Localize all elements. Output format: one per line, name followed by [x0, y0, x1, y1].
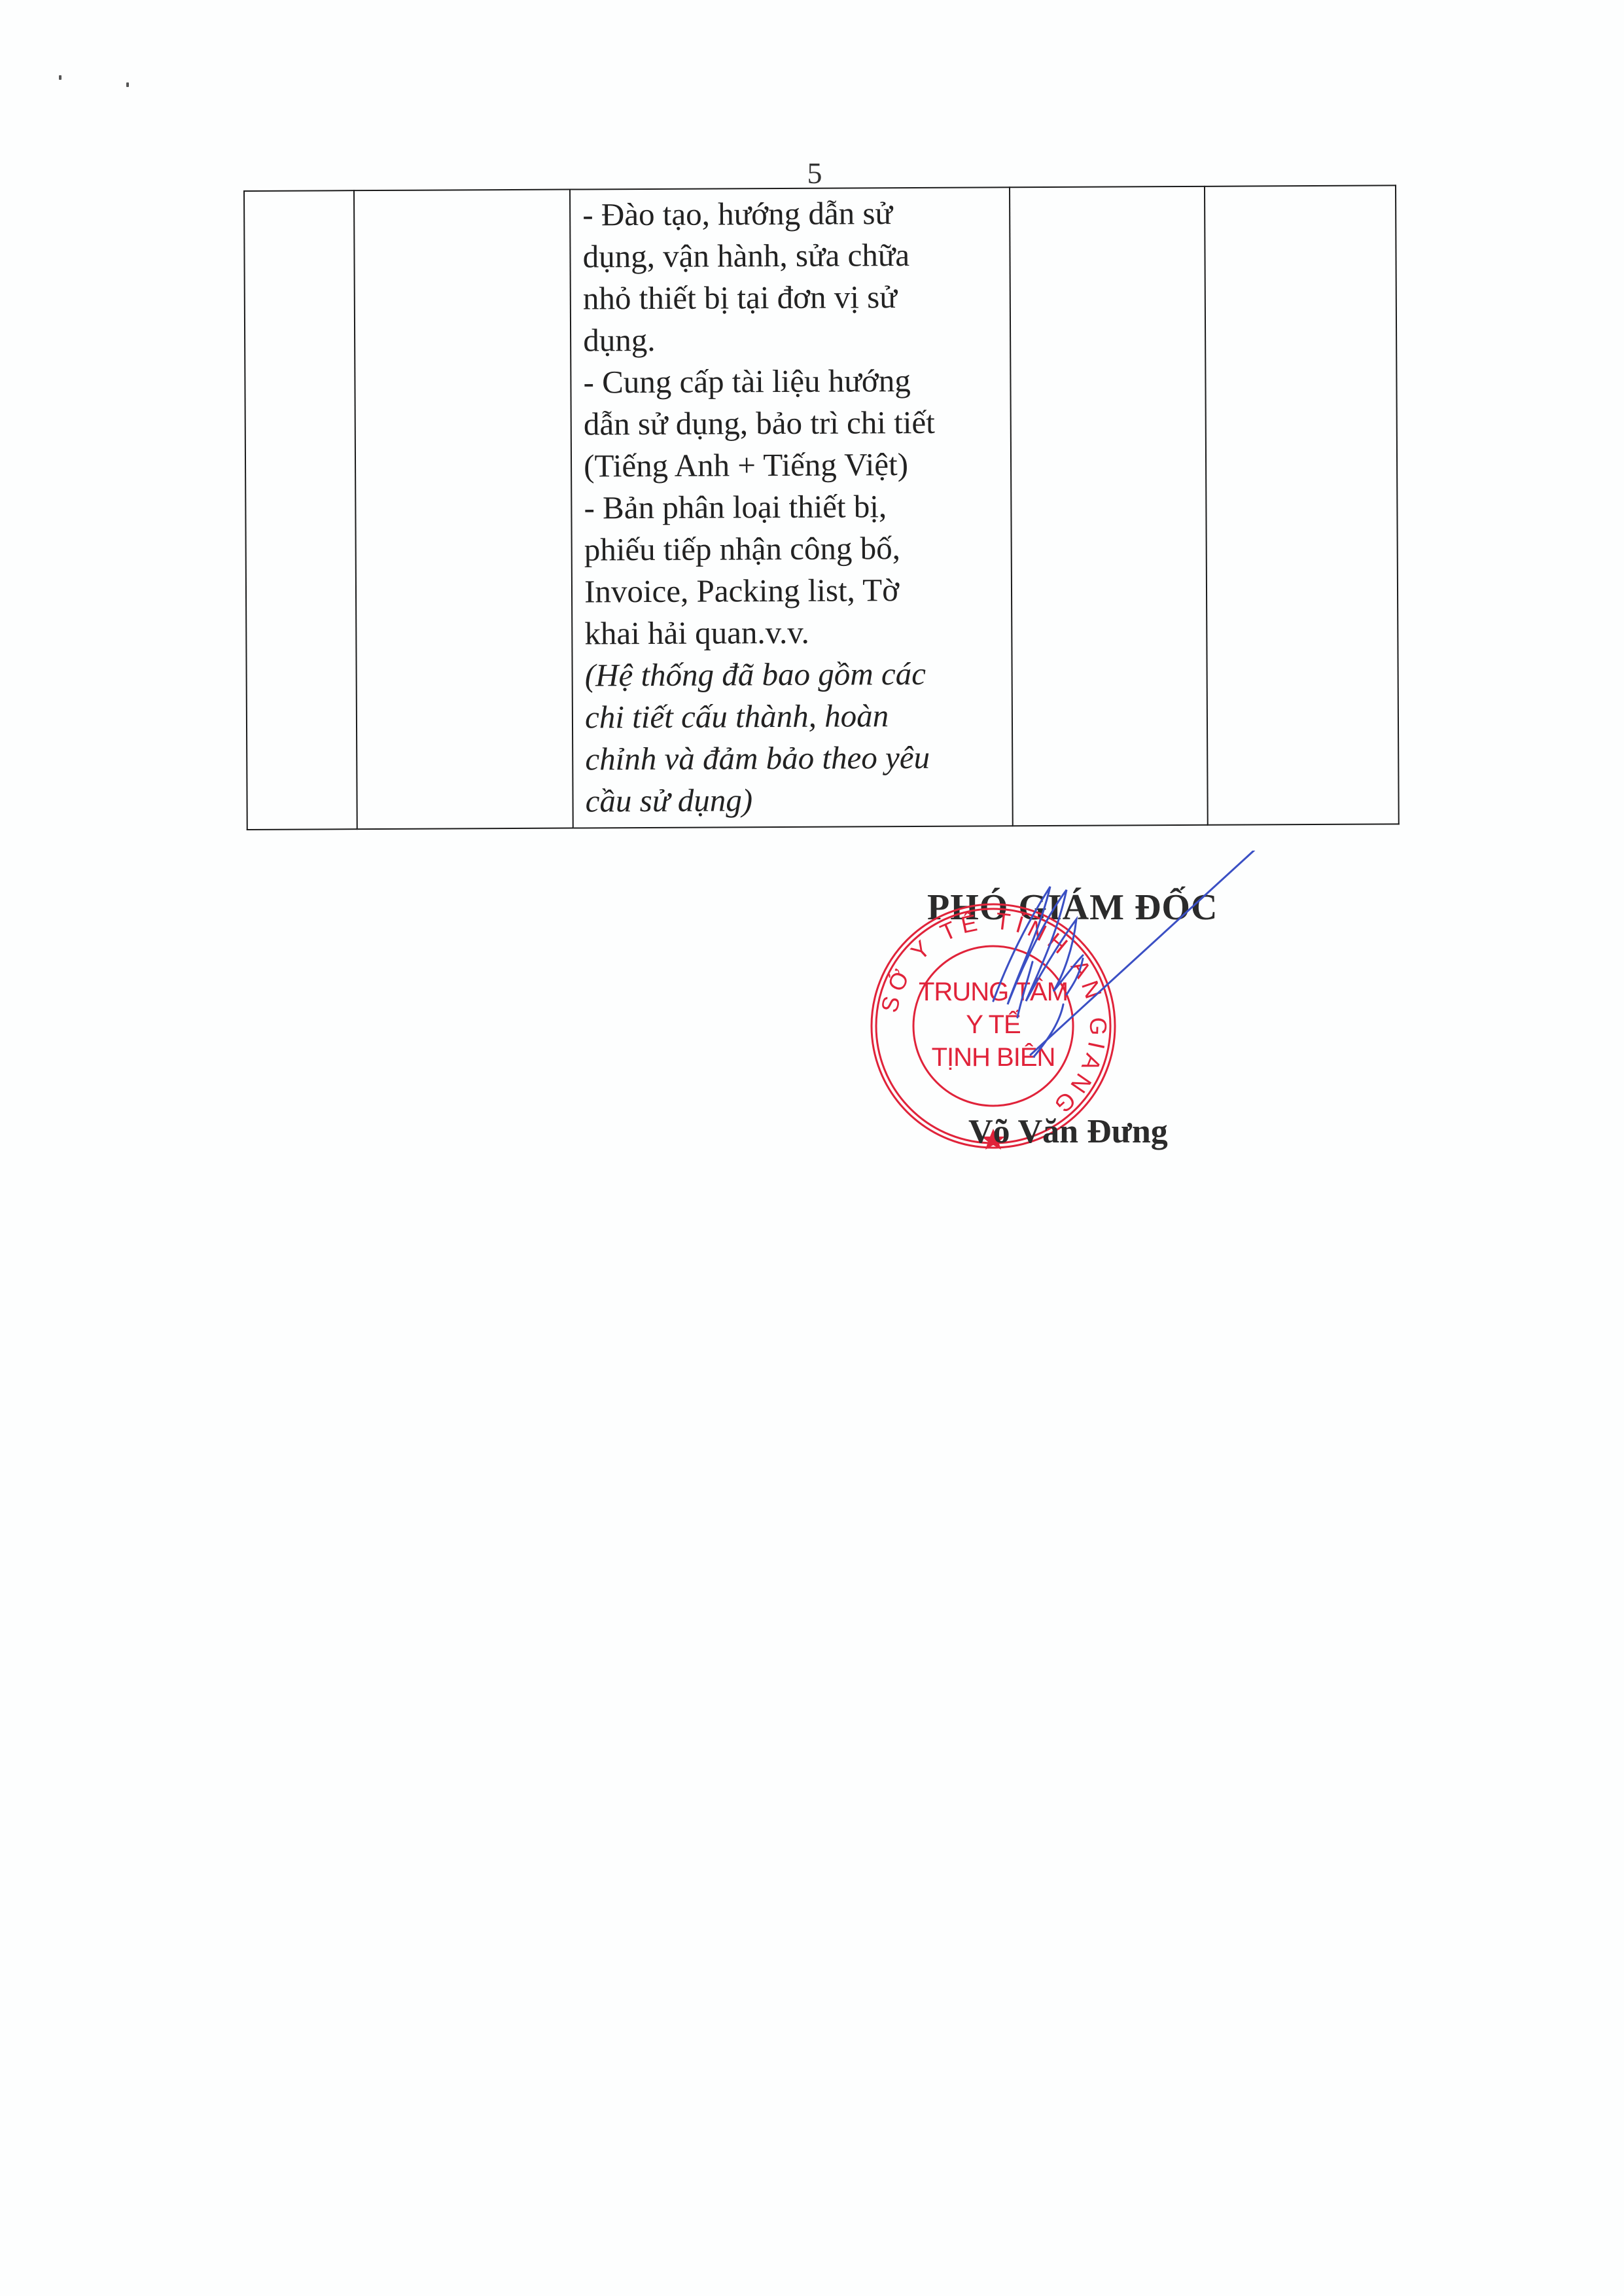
spec-note-line: chi tiết cấu thành, hoàn — [585, 694, 1002, 738]
table-cell-4 — [1010, 186, 1208, 826]
table-cell-index — [244, 190, 357, 830]
signer-name: Võ Văn Đưng — [968, 1112, 1168, 1151]
spec-note-line: cầu sử dụng) — [586, 778, 1003, 822]
spec-line: - Đào tạo, hướng dẫn sử — [582, 192, 1000, 236]
spec-line: (Tiếng Anh + Tiếng Việt) — [584, 443, 1001, 487]
spec-line: khai hải quan.v.v. — [584, 610, 1002, 654]
table-cell-5 — [1205, 185, 1398, 824]
spec-line: dụng. — [583, 317, 1000, 361]
table-row: - Đào tạo, hướng dẫn sử dụng, vận hành, … — [244, 185, 1399, 830]
spec-note-line: (Hệ thống đã bao gồm các — [585, 652, 1002, 696]
spec-note-line: chỉnh và đảm bảo theo yêu — [585, 736, 1002, 780]
table-cell-specification: - Đào tạo, hướng dẫn sử dụng, vận hành, … — [570, 187, 1013, 828]
spec-line: dụng, vận hành, sửa chữa — [583, 234, 1000, 277]
specification-text: - Đào tạo, hướng dẫn sử dụng, vận hành, … — [571, 188, 1012, 822]
spec-line: nhỏ thiết bị tại đơn vị sử — [583, 275, 1000, 319]
page-number: 5 — [785, 156, 844, 190]
signature-block: PHÓ GIÁM ĐỐC SỞ Y TẾ TỈNH AN GIANG TRUNG… — [851, 851, 1374, 1191]
spec-line: dẫn sử dụng, bảo trì chi tiết — [584, 401, 1001, 445]
scan-speck — [126, 82, 129, 87]
spec-line: - Bản phân loại thiết bị, — [584, 485, 1001, 529]
specification-table: - Đào tạo, hướng dẫn sử dụng, vận hành, … — [243, 185, 1400, 830]
scan-speck — [59, 75, 62, 80]
table-cell-item — [354, 190, 573, 830]
spec-line: Invoice, Packing list, Tờ — [584, 569, 1002, 612]
spec-line: - Cung cấp tài liệu hướng — [583, 359, 1000, 403]
spec-line: phiếu tiếp nhận công bố, — [584, 527, 1002, 571]
